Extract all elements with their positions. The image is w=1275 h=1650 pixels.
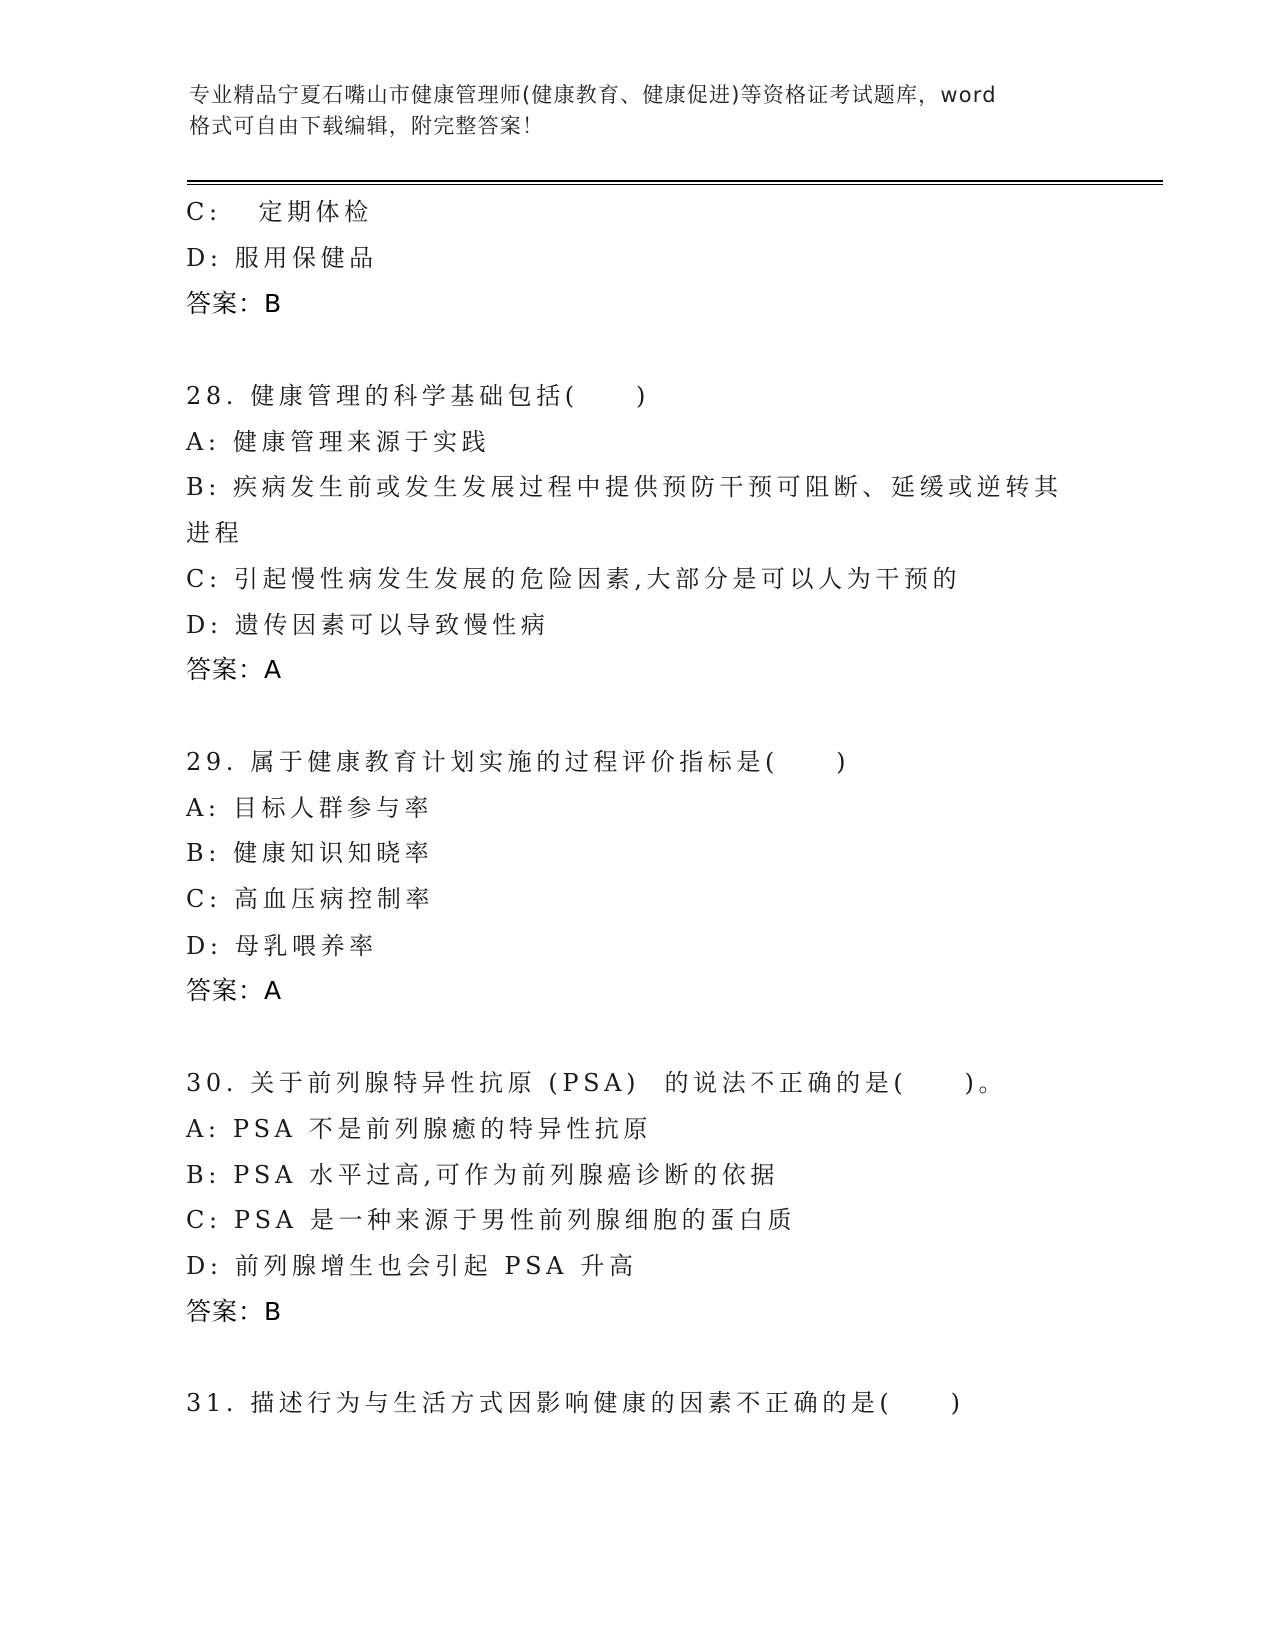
option-text: 疾病发生前或发生发展过程中提供预防干预可阻断、延缓或逆转其 [233, 473, 1062, 501]
option-text: 健康管理来源于实践 [233, 428, 490, 456]
question-29-option-c: C: 高血压病控制率 [186, 884, 434, 914]
option-text: 前列腺增生也会引起 PSA 升高 [235, 1252, 638, 1280]
option-text: PSA 水平过高,可作为前列腺癌诊断的依据 [233, 1161, 779, 1189]
question-28-answer: 答案：A [186, 655, 282, 685]
prev-option-d: D: 服用保健品 [186, 243, 378, 273]
option-label: D: [186, 932, 223, 960]
option-text: PSA 不是前列腺癒的特异性抗原 [233, 1115, 652, 1143]
option-label: C: [186, 885, 222, 913]
option-text: 服用保健品 [235, 244, 378, 272]
option-text: 目标人群参与率 [233, 794, 433, 822]
question-28-option-b: B: 疾病发生前或发生发展过程中提供预防干预可阻断、延缓或逆转其 [186, 472, 1063, 502]
question-number: 29. [186, 748, 238, 776]
question-29-option-a: A: 目标人群参与率 [186, 793, 433, 823]
question-28-option-d: D: 遗传因素可以导致慢性病 [186, 610, 549, 640]
question-31-stem: 31. 描述行为与生活方式因影响健康的因素不正确的是( ) [186, 1388, 965, 1418]
question-30-option-a: A: PSA 不是前列腺癒的特异性抗原 [186, 1114, 652, 1144]
option-label: A: [186, 1115, 221, 1143]
question-29-option-b: B: 健康知识知晓率 [186, 838, 433, 868]
question-29-answer: 答案：A [186, 976, 282, 1006]
option-label: D: [186, 1252, 223, 1280]
question-28-option-a: A: 健康管理来源于实践 [186, 427, 490, 457]
question-number: 28. [186, 382, 238, 410]
option-label: B: [186, 839, 221, 867]
question-text: 健康管理的科学基础包括( ) [250, 382, 650, 410]
option-text: 定期体检 [234, 198, 373, 226]
question-number: 31. [186, 1389, 238, 1417]
option-label: A: [186, 794, 221, 822]
header-line-1: 专业精品宁夏石嘴山市健康管理师(健康教育、健康促进)等资格证考试题库，word [189, 79, 1089, 109]
option-label: A: [186, 428, 221, 456]
option-label: C: [186, 198, 222, 226]
header-line-2: 格式可自由下载编辑，附完整答案！ [189, 110, 1089, 140]
question-28-option-b-continued: 进程 [186, 518, 243, 548]
prev-option-c: C: 定期体检 [186, 197, 373, 227]
option-text: 健康知识知晓率 [233, 839, 433, 867]
question-29-stem: 29. 属于健康教育计划实施的过程评价指标是( ) [186, 747, 850, 777]
option-text: 遗传因素可以导致慢性病 [235, 611, 550, 639]
question-text: 关于前列腺特异性抗原 (PSA) 的说法不正确的是( )。 [250, 1069, 1007, 1097]
option-text: 高血压病控制率 [234, 885, 434, 913]
question-number: 30. [186, 1069, 238, 1097]
question-30-option-c: C: PSA 是一种来源于男性前列腺细胞的蛋白质 [186, 1205, 796, 1235]
option-label: C: [186, 1206, 222, 1234]
option-text: 引起慢性病发生发展的危险因素,大部分是可以人为干预的 [234, 565, 961, 593]
option-label: D: [186, 244, 223, 272]
question-30-stem: 30. 关于前列腺特异性抗原 (PSA) 的说法不正确的是( )。 [186, 1068, 1007, 1098]
question-28-option-c: C: 引起慢性病发生发展的危险因素,大部分是可以人为干预的 [186, 564, 961, 594]
question-28-stem: 28. 健康管理的科学基础包括( ) [186, 381, 650, 411]
question-30-option-b: B: PSA 水平过高,可作为前列腺癌诊断的依据 [186, 1160, 779, 1190]
question-29-option-d: D: 母乳喂养率 [186, 931, 378, 961]
option-label: C: [186, 565, 222, 593]
option-label: D: [186, 611, 223, 639]
option-label: B: [186, 1161, 221, 1189]
question-30-answer: 答案：B [186, 1297, 282, 1327]
question-text: 属于健康教育计划实施的过程评价指标是( ) [250, 748, 850, 776]
prev-answer: 答案：B [186, 289, 282, 319]
option-label: B: [186, 473, 221, 501]
option-text: PSA 是一种来源于男性前列腺细胞的蛋白质 [234, 1206, 796, 1234]
option-text: 母乳喂养率 [235, 932, 378, 960]
header-double-rule [187, 180, 1163, 185]
question-text: 描述行为与生活方式因影响健康的因素不正确的是( ) [250, 1389, 964, 1417]
question-30-option-d: D: 前列腺增生也会引起 PSA 升高 [186, 1251, 638, 1281]
